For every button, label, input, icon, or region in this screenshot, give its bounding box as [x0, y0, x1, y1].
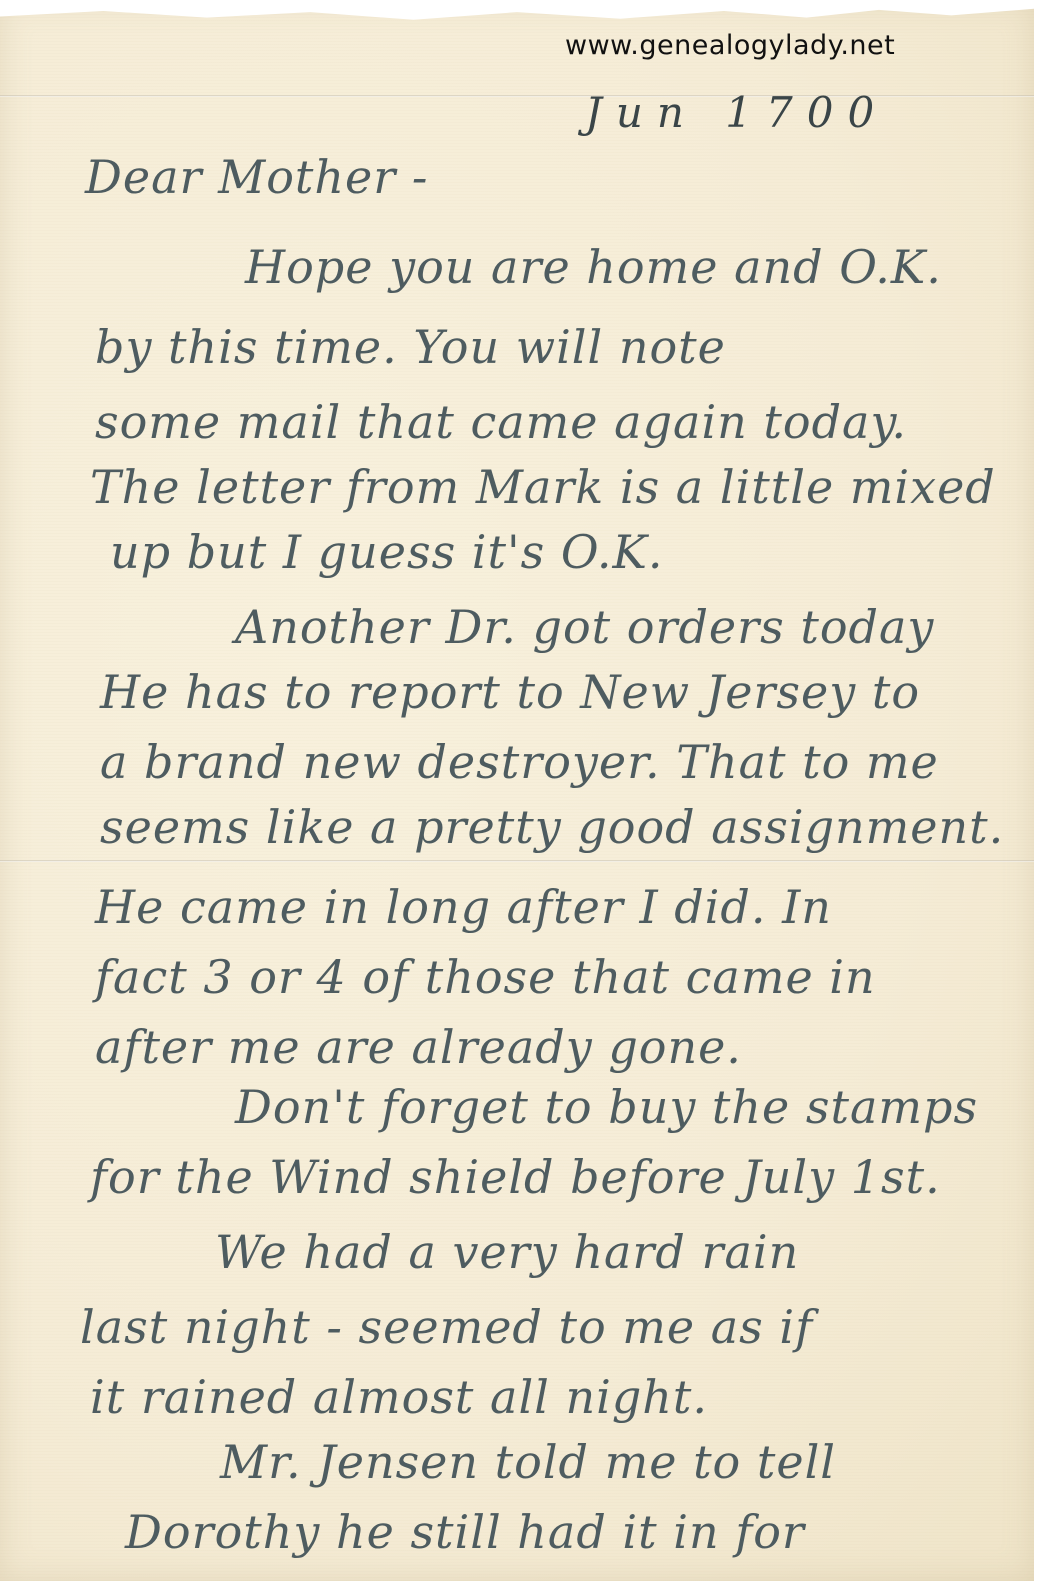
letter-line: Dorothy he still had it in for [125, 1505, 805, 1559]
letter-line: by this time. You will note [95, 320, 726, 374]
letter-line: Mr. Jensen told me to tell [220, 1435, 836, 1489]
letter-line: for the Wind shield before July 1st. [90, 1150, 941, 1204]
letter-page: www.genealogylady.net Jun 1700 Dear Moth… [0, 0, 1034, 1581]
salutation: Dear Mother - [85, 150, 428, 204]
letter-line: it rained almost all night. [90, 1370, 708, 1424]
fold-crease [0, 860, 1034, 862]
letter-line: a brand new destroyer. That to me [100, 735, 939, 789]
letter-date: Jun 1700 [585, 88, 888, 137]
torn-edge [0, 0, 1034, 22]
letter-line: Another Dr. got orders today [235, 600, 934, 654]
letter-line: He came in long after I did. In [95, 880, 832, 934]
watermark-text: www.genealogylady.net [565, 30, 895, 61]
letter-line: last night - seemed to me as if [80, 1300, 813, 1354]
letter-line: after me are already gone. [95, 1020, 742, 1074]
letter-line: Hope you are home and O.K. [245, 240, 942, 294]
letter-line: seems like a pretty good assignment. [100, 800, 1004, 854]
letter-line: He has to report to New Jersey to [100, 665, 920, 719]
letter-line: some mail that came again today. [95, 395, 907, 449]
letter-line: up but I guess it's O.K. [110, 525, 664, 579]
letter-line: Don't forget to buy the stamps [235, 1080, 978, 1134]
letter-line: We had a very hard rain [215, 1225, 799, 1279]
letter-line: The letter from Mark is a little mixed [90, 460, 996, 514]
letter-line: fact 3 or 4 of those that came in [95, 950, 876, 1004]
